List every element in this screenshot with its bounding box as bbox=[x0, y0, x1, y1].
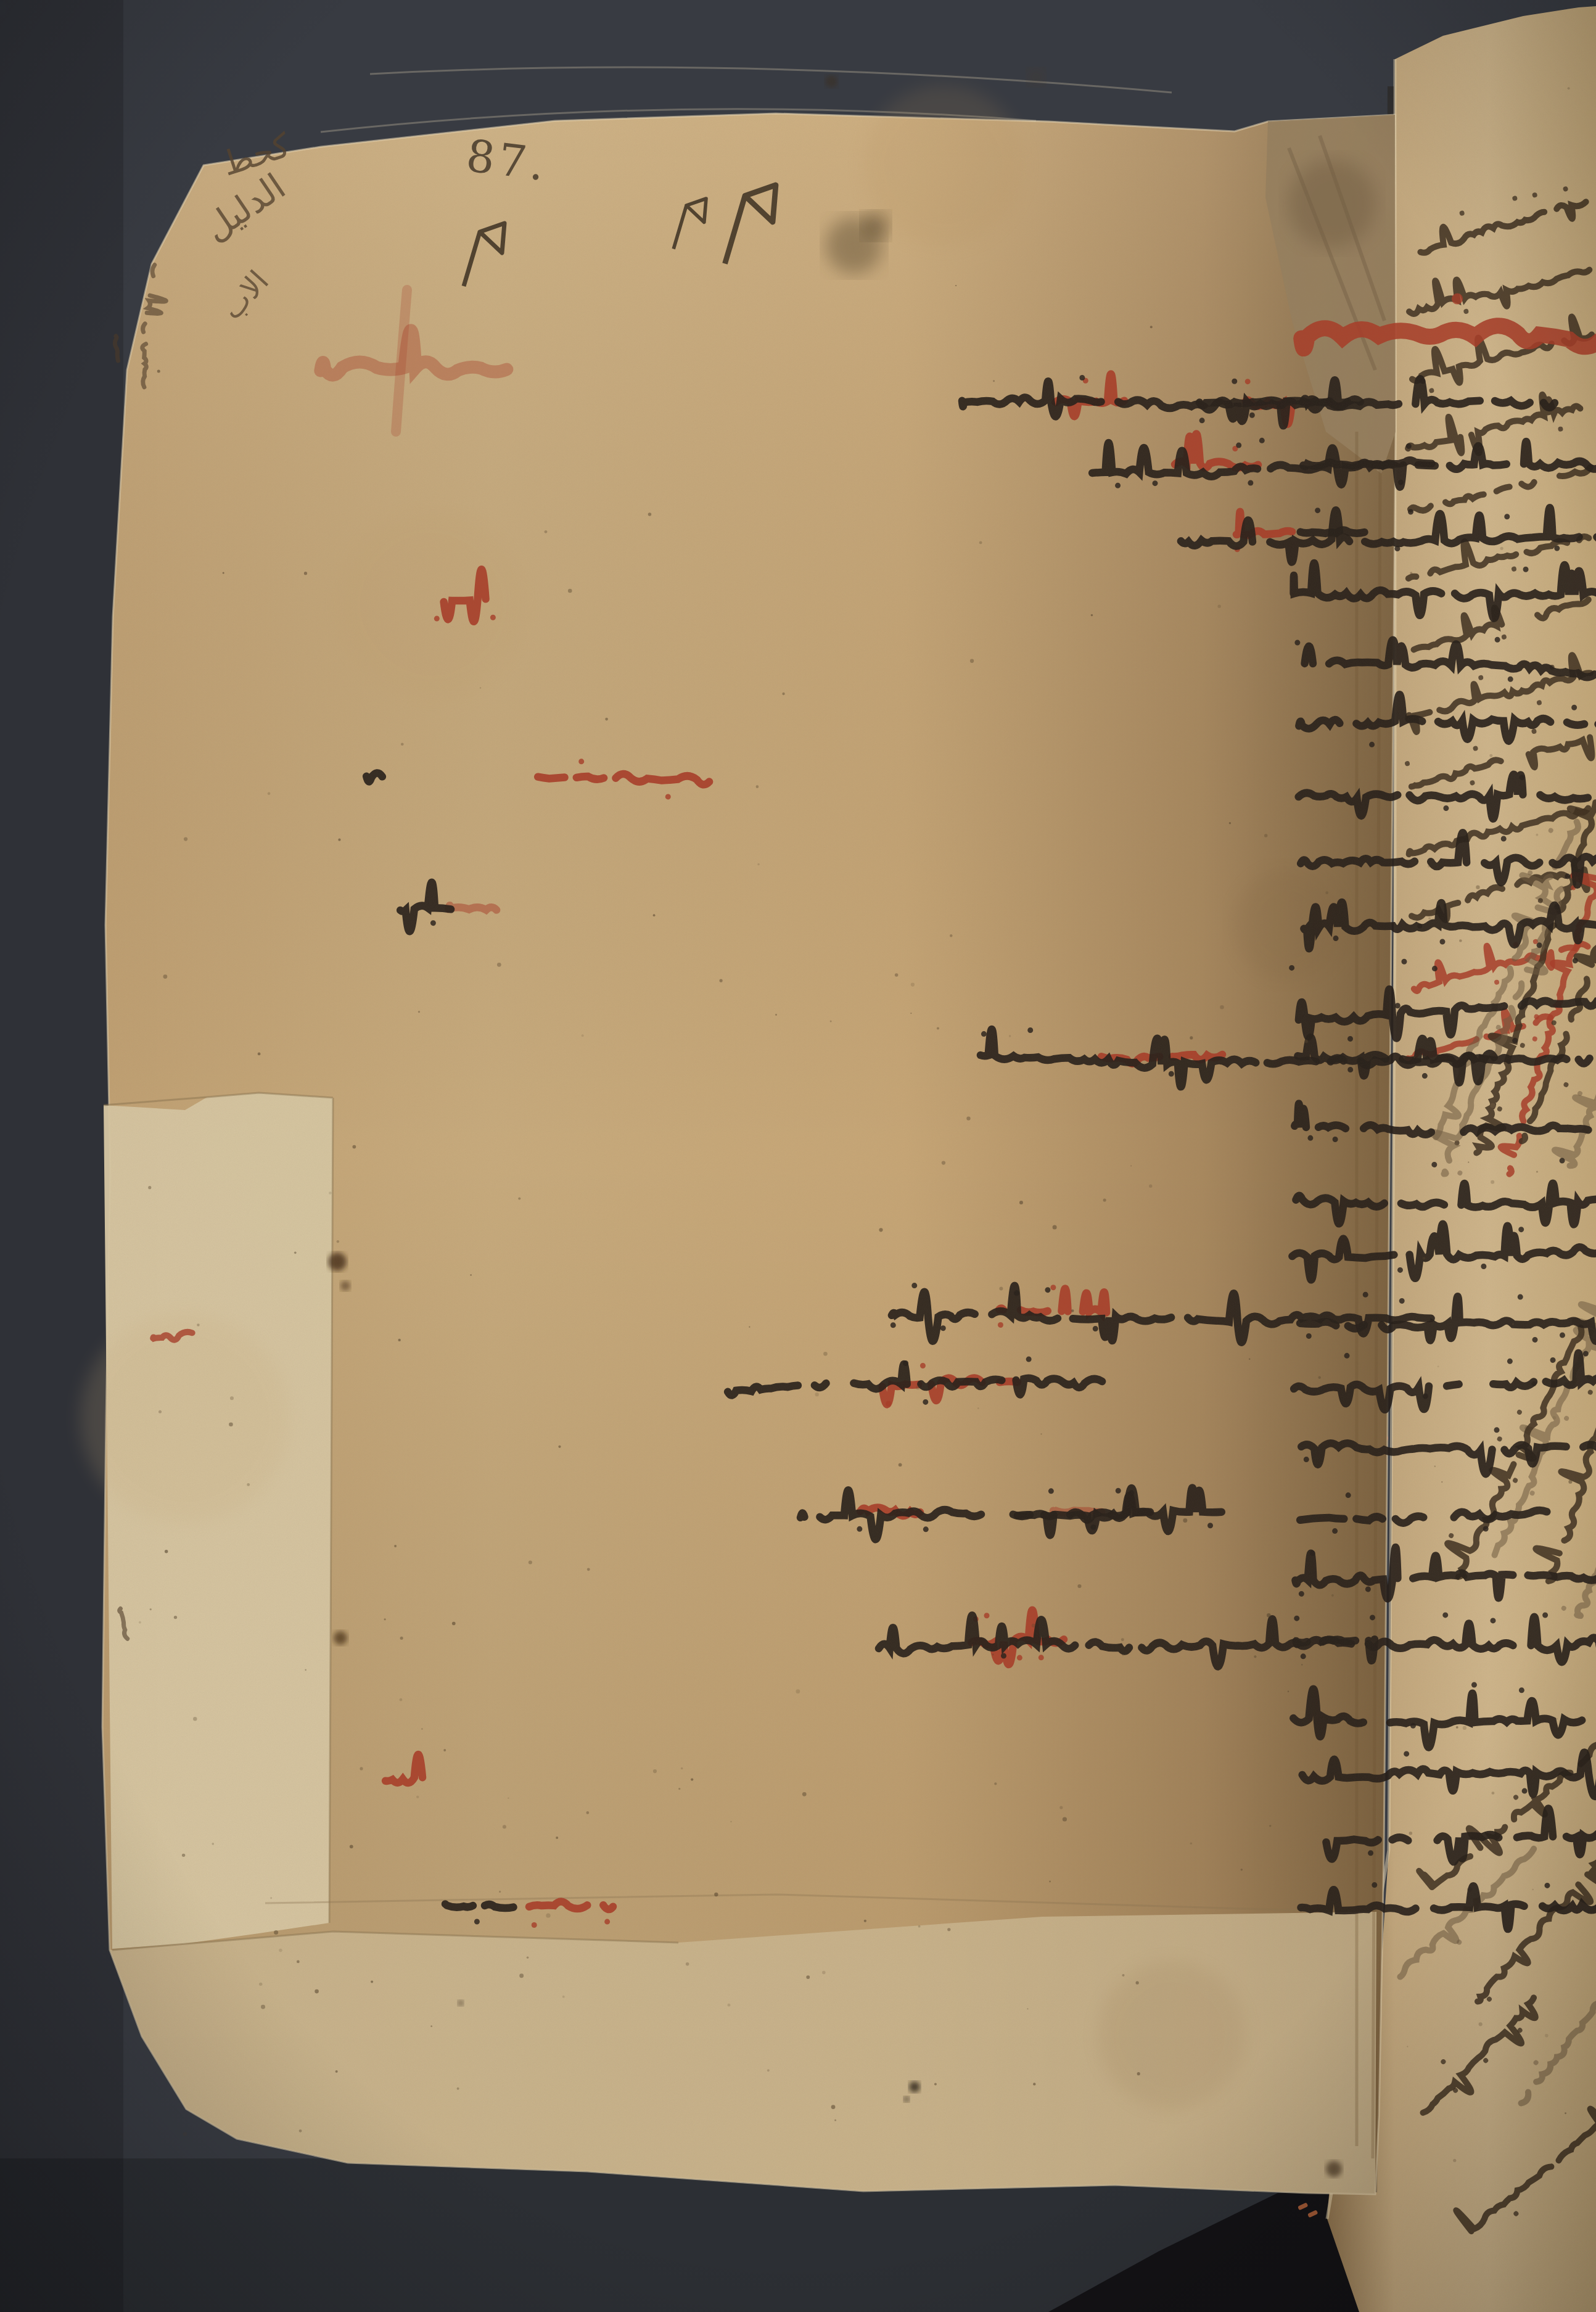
manuscript-art-svg bbox=[0, 0, 1596, 2312]
folio-number: 87. bbox=[464, 130, 551, 191]
vignette bbox=[0, 0, 1596, 2312]
manuscript-photo: 87. كحط الدليل الاب bbox=[0, 0, 1596, 2312]
